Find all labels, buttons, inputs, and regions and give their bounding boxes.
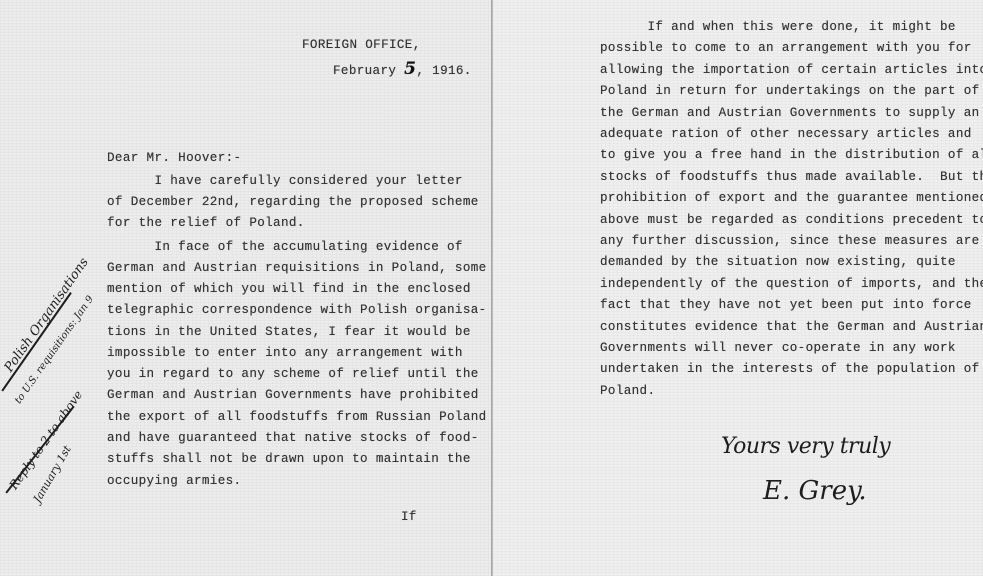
body-line: tions in the United States, I fear it wo… bbox=[107, 325, 471, 339]
letter-date: February 5, 1916. bbox=[333, 59, 472, 79]
date-prefix: February bbox=[333, 64, 404, 78]
body-line: stocks of foodstuffs thus made available… bbox=[600, 170, 983, 184]
catchword: If bbox=[401, 510, 417, 524]
body-line: above must be regarded as conditions pre… bbox=[600, 213, 983, 227]
date-day-handwritten: 5 bbox=[404, 59, 416, 79]
body-line: German and Austrian Governments have pro… bbox=[107, 388, 479, 402]
body-line: In face of the accumulating evidence of bbox=[107, 240, 463, 254]
body-line: adequate ration of other necessary artic… bbox=[600, 127, 972, 141]
body-line: independently of the question of imports… bbox=[600, 277, 983, 291]
body-line: for the relief of Poland. bbox=[107, 216, 305, 230]
body-line: undertaken in the interests of the popul… bbox=[600, 362, 980, 376]
body-line: to give you a free hand in the distribut… bbox=[600, 148, 983, 162]
letter-body-right: If and when this were done, it might be … bbox=[600, 20, 632, 300]
body-line: prohibition of export and the guarantee … bbox=[600, 191, 983, 205]
body-line: you in regard to any scheme of relief un… bbox=[107, 367, 479, 381]
body-line: Poland. bbox=[600, 384, 655, 398]
closing-handwritten: Yours very truly bbox=[721, 434, 890, 459]
body-line: Governments will never co-operate in any… bbox=[600, 341, 956, 355]
body-line: stuffs shall not be drawn upon to mainta… bbox=[107, 452, 471, 466]
body-line: mention of which you will find in the en… bbox=[107, 282, 471, 296]
body-line: of December 22nd, regarding the proposed… bbox=[107, 195, 479, 209]
body-line: possible to come to an arrangement with … bbox=[600, 41, 972, 55]
signature: E. Grey. bbox=[763, 476, 867, 506]
body-line: Poland in return for undertakings on the… bbox=[600, 84, 980, 98]
body-line: occupying armies. bbox=[107, 474, 241, 488]
body-line: telegraphic correspondence with Polish o… bbox=[107, 303, 487, 317]
date-suffix: , 1916. bbox=[416, 64, 471, 78]
letterhead: FOREIGN OFFICE, bbox=[302, 38, 421, 52]
body-line: demanded by the situation now existing, … bbox=[600, 255, 956, 269]
body-line: the German and Austrian Governments to s… bbox=[600, 106, 980, 120]
body-line: the export of all foodstuffs from Russia… bbox=[107, 410, 487, 424]
letter-body-left: I have carefully considered your letter … bbox=[107, 174, 139, 412]
body-line: impossible to enter into any arrangement… bbox=[107, 346, 463, 360]
body-line: any further discussion, since these meas… bbox=[600, 234, 980, 248]
body-line: I have carefully considered your letter bbox=[107, 174, 463, 188]
body-line: and have guaranteed that native stocks o… bbox=[107, 431, 479, 445]
body-line: allowing the importation of certain arti… bbox=[600, 63, 983, 77]
body-line: German and Austrian requisitions in Pola… bbox=[107, 261, 487, 275]
body-line: fact that they have not yet been put int… bbox=[600, 298, 972, 312]
salutation: Dear Mr. Hoover:- bbox=[107, 151, 241, 165]
body-line: constitutes evidence that the German and… bbox=[600, 320, 983, 334]
body-line: If and when this were done, it might be bbox=[600, 20, 956, 34]
letter-page-left: FOREIGN OFFICE, February 5, 1916. Dear M… bbox=[0, 0, 492, 576]
letter-page-right: If and when this were done, it might be … bbox=[493, 0, 983, 576]
